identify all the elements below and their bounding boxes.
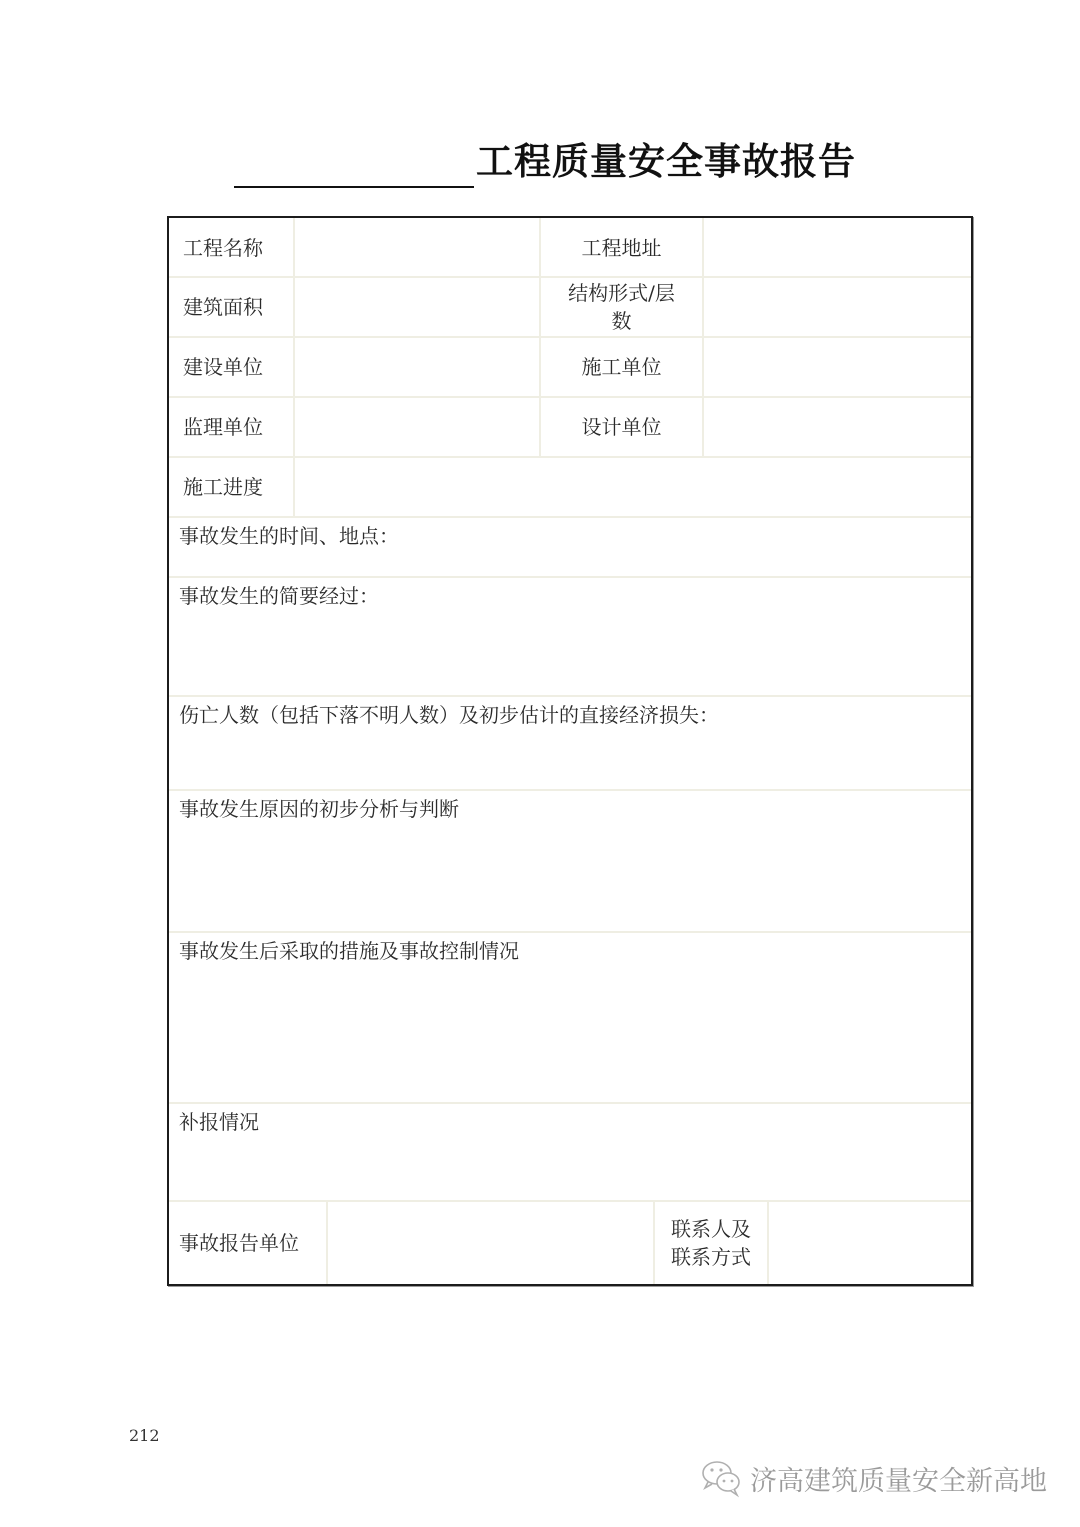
form-row-reporting-unit: 事故报告单位 联系人及 联系方式 [169, 1200, 971, 1284]
cause-analysis-label: 事故发生原因的初步分析与判断 [169, 791, 971, 931]
structure-floors-label: 结构形式/层 数 [539, 278, 702, 336]
developer-unit-field[interactable] [293, 338, 539, 396]
supplementary-report-label: 补报情况 [169, 1104, 971, 1200]
form-row-construction-unit: 建设单位 施工单位 [169, 336, 971, 396]
document-title: 工程质量安全事故报告 [234, 132, 856, 188]
watermark: 济高建筑质量安全新高地 [700, 1458, 1047, 1498]
section-brief-process[interactable]: 事故发生的简要经过： [169, 576, 971, 695]
contact-label-line2: 联系方式 [671, 1243, 751, 1271]
design-unit-label: 设计单位 [539, 398, 702, 456]
supervision-unit-field[interactable] [293, 398, 539, 456]
project-name-field[interactable] [293, 218, 539, 278]
structure-floors-label-line1: 结构形式/层 [568, 279, 675, 307]
project-address-label: 工程地址 [539, 218, 702, 278]
structure-floors-label-line2: 数 [612, 307, 632, 335]
form-row-construction-progress: 施工进度 [169, 456, 971, 516]
section-supplementary-report[interactable]: 补报情况 [169, 1102, 971, 1200]
contractor-unit-label: 施工单位 [539, 338, 702, 396]
section-cause-analysis[interactable]: 事故发生原因的初步分析与判断 [169, 789, 971, 931]
wechat-icon [700, 1458, 744, 1498]
time-place-label: 事故发生的时间、地点： [169, 518, 971, 576]
construction-progress-label: 施工进度 [169, 458, 293, 516]
page-number: 212 [129, 1426, 160, 1445]
contact-field[interactable] [767, 1202, 971, 1284]
developer-unit-label: 建设单位 [169, 338, 293, 396]
section-time-place[interactable]: 事故发生的时间、地点： [169, 516, 971, 576]
section-casualties-losses[interactable]: 伤亡人数（包括下落不明人数）及初步估计的直接经济损失： [169, 695, 971, 789]
building-area-field[interactable] [293, 278, 539, 336]
design-unit-field[interactable] [702, 398, 971, 456]
reporting-unit-field[interactable] [326, 1202, 653, 1284]
form-row-building-area: 建筑面积 结构形式/层 数 [169, 276, 971, 336]
measures-taken-label: 事故发生后采取的措施及事故控制情况 [169, 933, 971, 1102]
section-measures-taken[interactable]: 事故发生后采取的措施及事故控制情况 [169, 931, 971, 1102]
title-blank-underline[interactable] [234, 142, 474, 188]
project-address-field[interactable] [702, 218, 971, 278]
title-text: 工程质量安全事故报告 [476, 136, 856, 188]
form-row-project-name: 工程名称 工程地址 [169, 218, 971, 278]
brief-process-label: 事故发生的简要经过： [169, 578, 971, 695]
form-row-supervision-unit: 监理单位 设计单位 [169, 396, 971, 456]
contractor-unit-field[interactable] [702, 338, 971, 396]
contact-label-line1: 联系人及 [671, 1215, 751, 1243]
reporting-unit-label: 事故报告单位 [169, 1202, 326, 1284]
construction-progress-field[interactable] [293, 458, 971, 516]
project-name-label: 工程名称 [169, 218, 293, 278]
building-area-label: 建筑面积 [169, 278, 293, 336]
casualties-losses-label: 伤亡人数（包括下落不明人数）及初步估计的直接经济损失： [169, 697, 971, 789]
structure-floors-field[interactable] [702, 278, 971, 336]
supervision-unit-label: 监理单位 [169, 398, 293, 456]
contact-label: 联系人及 联系方式 [653, 1202, 767, 1284]
accident-report-form: 工程名称 工程地址 建筑面积 结构形式/层 数 建设单位 施工单位 监理单位 设… [167, 216, 973, 1286]
watermark-text: 济高建筑质量安全新高地 [750, 1459, 1047, 1498]
